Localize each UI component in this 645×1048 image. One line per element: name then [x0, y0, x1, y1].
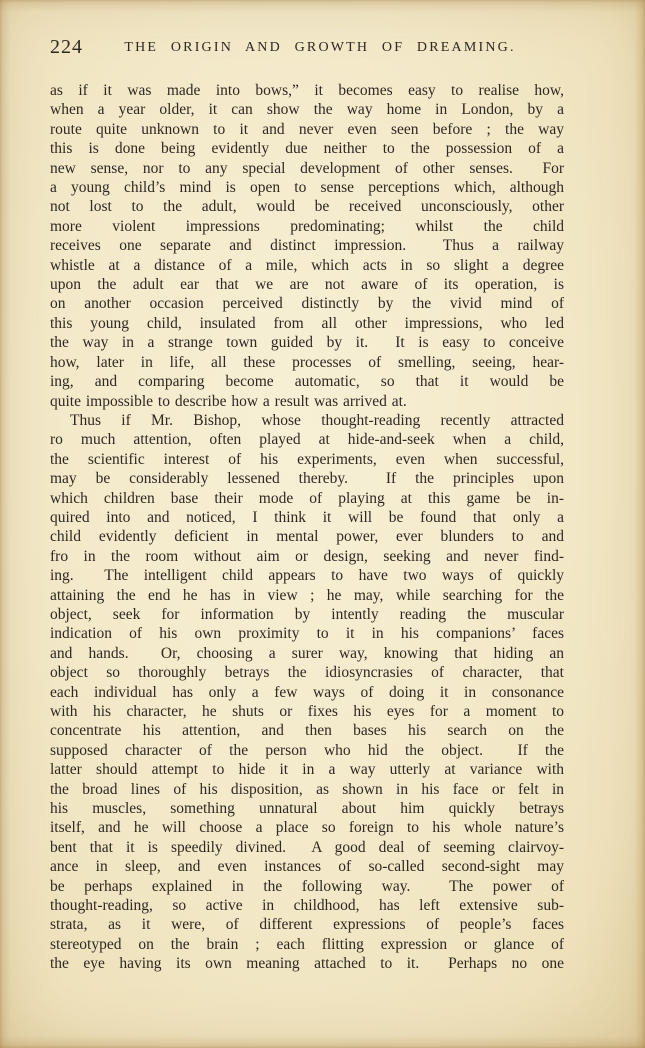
- page-text: as if it was made into bows,” it becomes…: [50, 81, 564, 974]
- text-line: indication of his own proximity to it in…: [50, 624, 564, 643]
- text-line: object, seek for information by intently…: [50, 605, 564, 624]
- text-line: quite impossible to describe how a resul…: [50, 392, 564, 411]
- text-line: ing, and comparing become automatic, so …: [50, 372, 564, 391]
- text-line: how, later in life, all these processes …: [50, 353, 564, 372]
- text-line: ance in sleep, and even instances of so-…: [50, 857, 564, 876]
- page-number: 224: [50, 36, 83, 59]
- text-line: latter should attempt to hide it in a wa…: [50, 760, 564, 779]
- text-line: quired into and noticed, I think it will…: [50, 508, 564, 527]
- text-line: attaining the end he has in view ; he ma…: [50, 586, 564, 605]
- text-line: itself, and he will choose a place so fo…: [50, 818, 564, 837]
- text-line: supposed character of the person who hid…: [50, 741, 564, 760]
- text-line: on another occasion perceived distinctly…: [50, 294, 564, 313]
- text-line: which children base their mode of playin…: [50, 489, 564, 508]
- text-line: fro in the room without aim or design, s…: [50, 547, 564, 566]
- text-line: when a year older, it can show the way h…: [50, 100, 564, 119]
- text-line: may be considerably lessened thereby. If…: [50, 469, 564, 488]
- text-line: not lost to the adult, would be received…: [50, 197, 564, 216]
- text-line: child evidently deficient in mental powe…: [50, 527, 564, 546]
- text-line: the broad lines of his disposition, as s…: [50, 780, 564, 799]
- text-line: be perhaps explained in the following wa…: [50, 877, 564, 896]
- text-line: with his character, he shuts or fixes hi…: [50, 702, 564, 721]
- text-line: the eye having its own meaning attached …: [50, 954, 564, 973]
- text-line: the scientific interest of his experimen…: [50, 450, 564, 469]
- book-page-scan: 224 THE ORIGIN AND GROWTH OF DREAMING. a…: [0, 0, 645, 1048]
- text-line: his muscles, something unnatural about h…: [50, 799, 564, 818]
- text-line: a young child’s mind is open to sense pe…: [50, 178, 564, 197]
- text-line: as if it was made into bows,” it becomes…: [50, 81, 564, 100]
- text-line: more violent impressions predominating; …: [50, 217, 564, 236]
- text-line: thought-reading, so active in childhood,…: [50, 896, 564, 915]
- text-line: Thus if Mr. Bishop, whose thought-readin…: [50, 411, 564, 430]
- running-title: THE ORIGIN AND GROWTH OF DREAMING.: [50, 40, 564, 56]
- text-line: bent that it is speedily divined. A good…: [50, 838, 564, 857]
- text-line: each individual has only a few ways of d…: [50, 683, 564, 702]
- text-line: the way in a strange town guided by it. …: [50, 333, 564, 352]
- text-line: object so thoroughly betrays the idiosyn…: [50, 663, 564, 682]
- text-line: this young child, insulated from all oth…: [50, 314, 564, 333]
- page-header: 224 THE ORIGIN AND GROWTH OF DREAMING.: [50, 36, 564, 62]
- text-line: receives one separate and distinct impre…: [50, 236, 564, 255]
- text-line: strata, as it were, of different express…: [50, 915, 564, 934]
- text-line: concentrate his attention, and then base…: [50, 721, 564, 740]
- text-line: ro much attention, often played at hide-…: [50, 430, 564, 449]
- text-line: stereotyped on the brain ; each flitting…: [50, 935, 564, 954]
- text-line: ing. The intelligent child appears to ha…: [50, 566, 564, 585]
- text-line: and hands. Or, choosing a surer way, kno…: [50, 644, 564, 663]
- text-line: whistle at a distance of a mile, which a…: [50, 256, 564, 275]
- text-line: upon the adult ear that we are not aware…: [50, 275, 564, 294]
- text-line: route quite unknown to it and never even…: [50, 120, 564, 139]
- text-line: this is done being evidently due neither…: [50, 139, 564, 158]
- text-line: new sense, nor to any special developmen…: [50, 159, 564, 178]
